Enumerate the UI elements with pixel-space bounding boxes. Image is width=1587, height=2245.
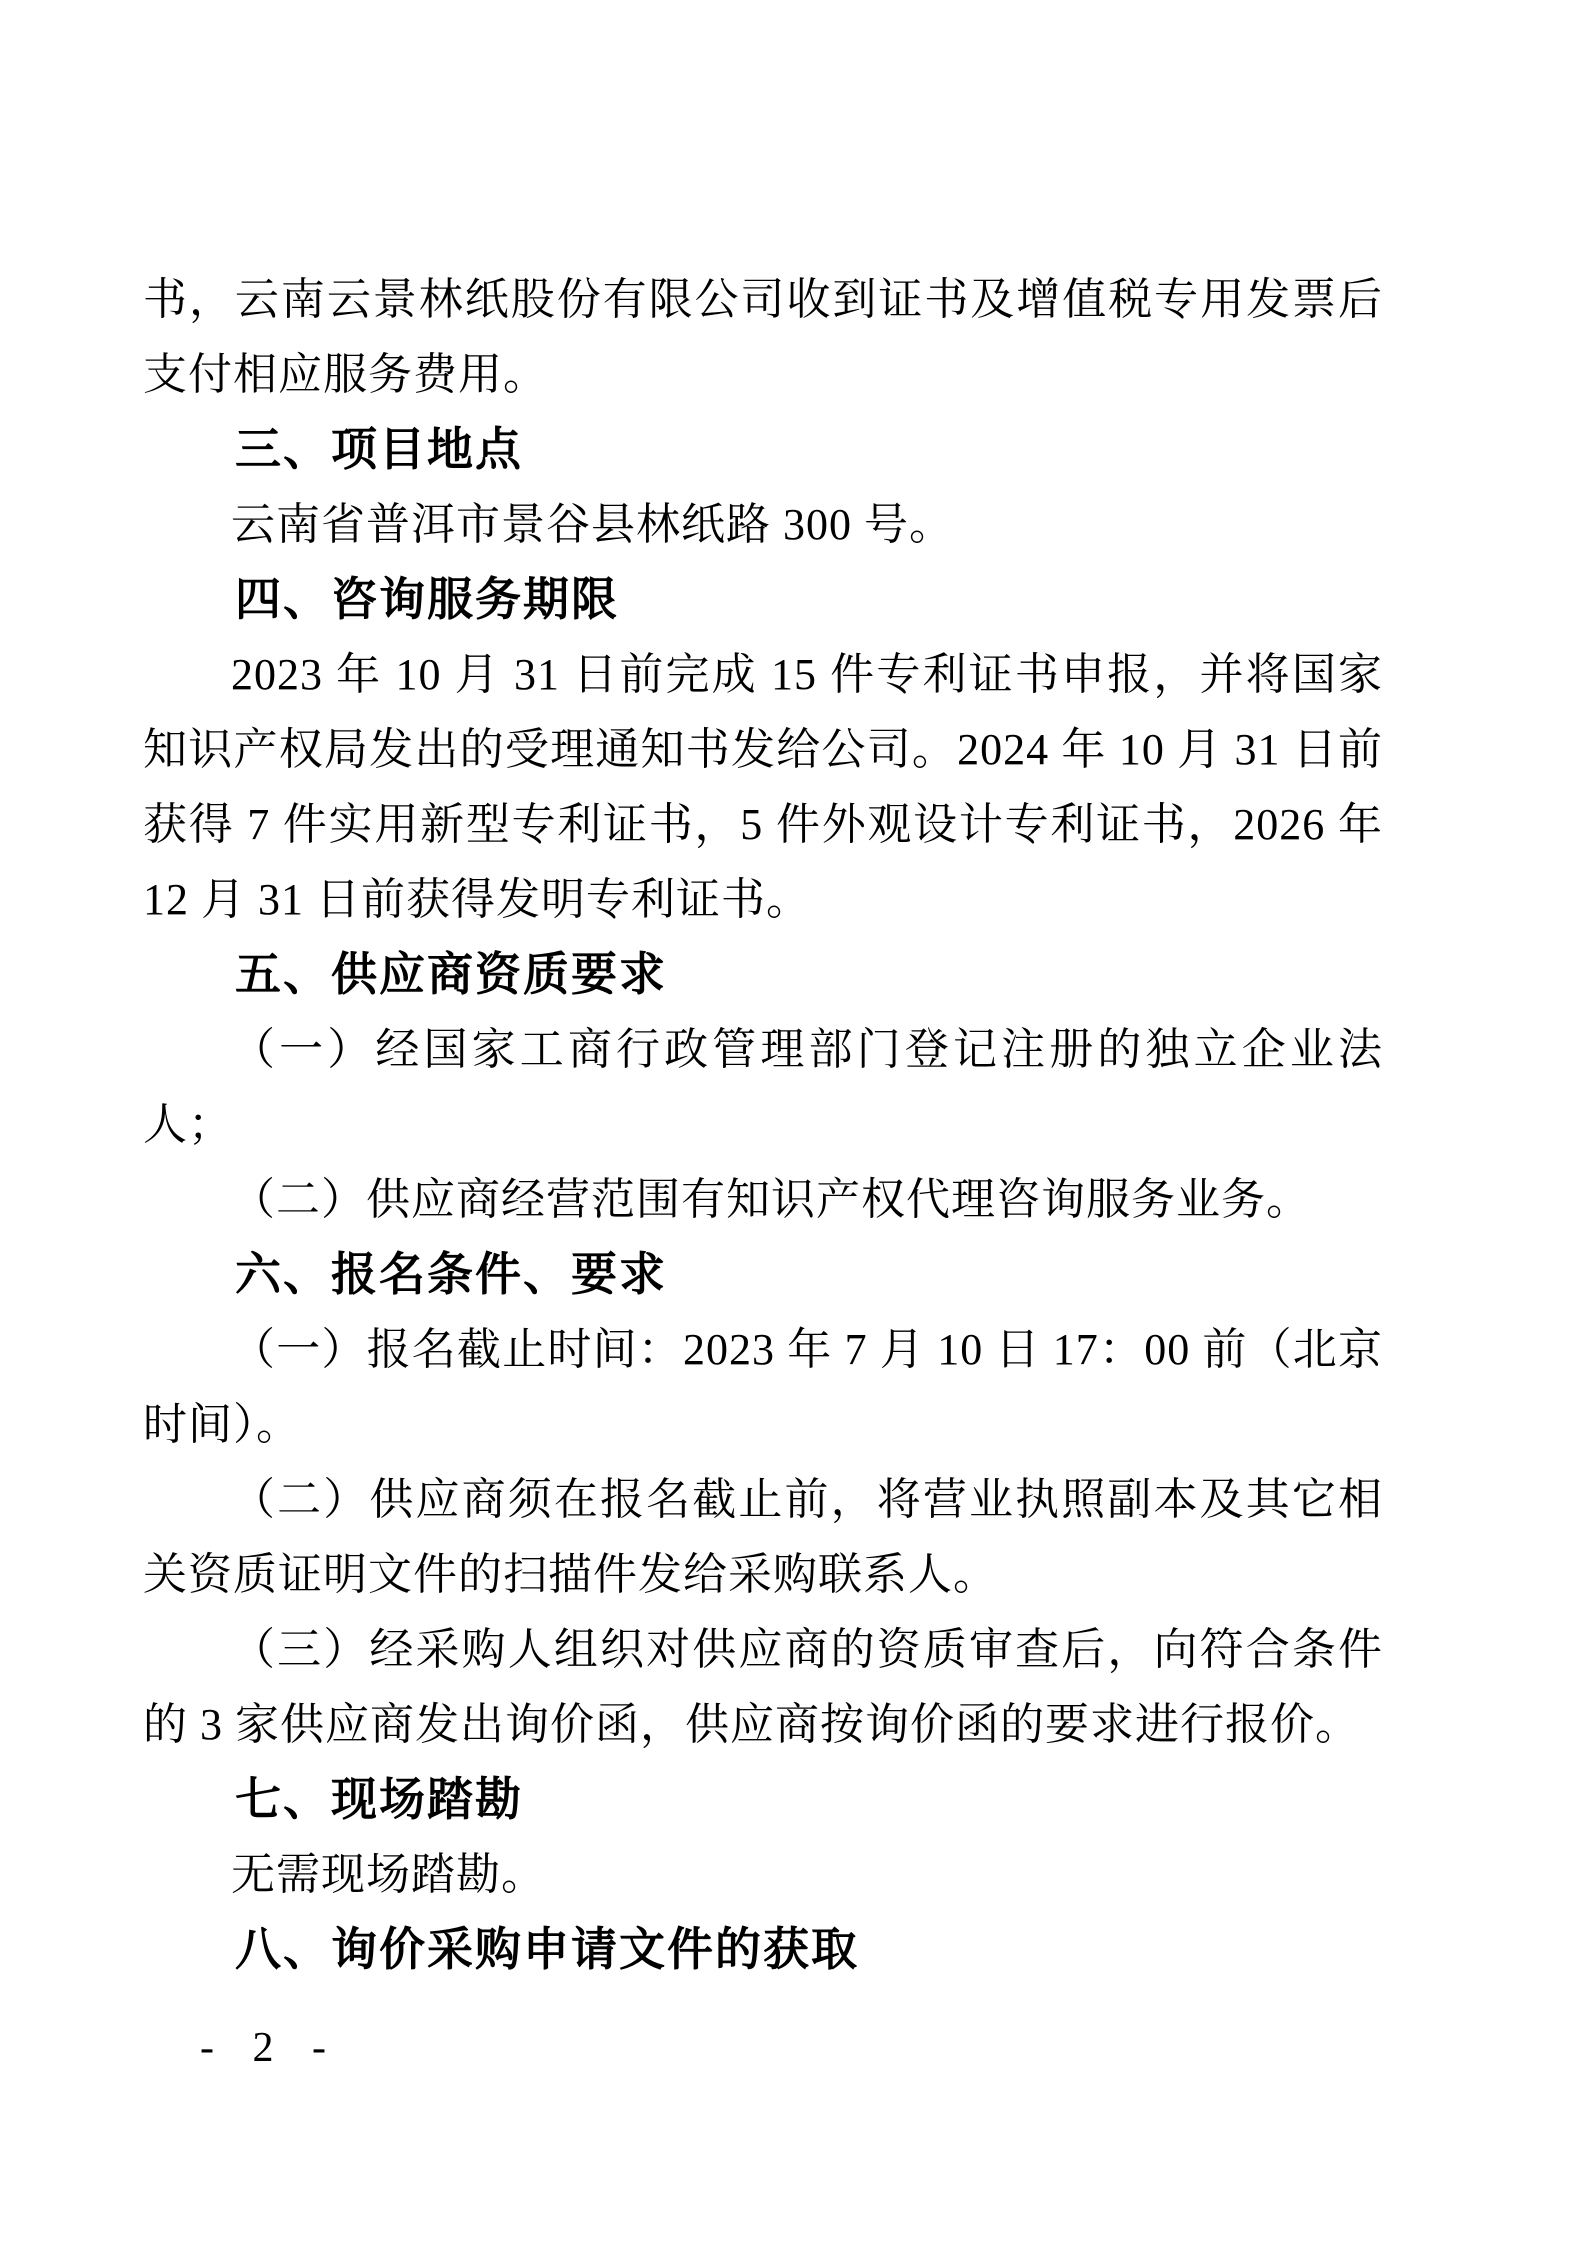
para-registration-materials: （二）供应商须在报名截止前，将营业执照副本及其它相关资质证明文件的扫描件发给采购… <box>143 1462 1383 1612</box>
para-project-address: 云南省普洱市景谷县林纸路 300 号。 <box>143 487 1383 562</box>
heading-project-location: 三、项目地点 <box>143 412 1383 487</box>
para-registration-deadline: （一）报名截止时间：2023 年 7 月 10 日 17：00 前（北京时间）。 <box>143 1312 1383 1462</box>
document-page: 书，云南云景林纸股份有限公司收到证书及增值税专用发票后支付相应服务费用。 三、项… <box>0 0 1587 2245</box>
heading-supplier-qualification: 五、供应商资质要求 <box>143 937 1383 1012</box>
page-number: - 2 - <box>200 2018 340 2078</box>
heading-registration-requirements: 六、报名条件、要求 <box>143 1237 1383 1312</box>
para-qualification-item-2: （二）供应商经营范围有知识产权代理咨询服务业务。 <box>143 1162 1383 1237</box>
para-service-period-details: 2023 年 10 月 31 日前完成 15 件专利证书申报，并将国家知识产权局… <box>143 637 1383 937</box>
heading-site-survey: 七、现场踏勘 <box>143 1762 1383 1837</box>
para-inquiry-process: （三）经采购人组织对供应商的资质审查后，向符合条件的 3 家供应商发出询价函，供… <box>143 1612 1383 1762</box>
heading-consulting-service-period: 四、咨询服务期限 <box>143 562 1383 637</box>
para-qualification-item-1: （一）经国家工商行政管理部门登记注册的独立企业法人； <box>143 1012 1383 1162</box>
heading-inquiry-document-acquisition: 八、询价采购申请文件的获取 <box>143 1912 1383 1987</box>
document-content: 书，云南云景林纸股份有限公司收到证书及增值税专用发票后支付相应服务费用。 三、项… <box>143 262 1383 1987</box>
para-payment-continuation: 书，云南云景林纸股份有限公司收到证书及增值税专用发票后支付相应服务费用。 <box>143 262 1383 412</box>
para-site-survey: 无需现场踏勘。 <box>143 1837 1383 1912</box>
